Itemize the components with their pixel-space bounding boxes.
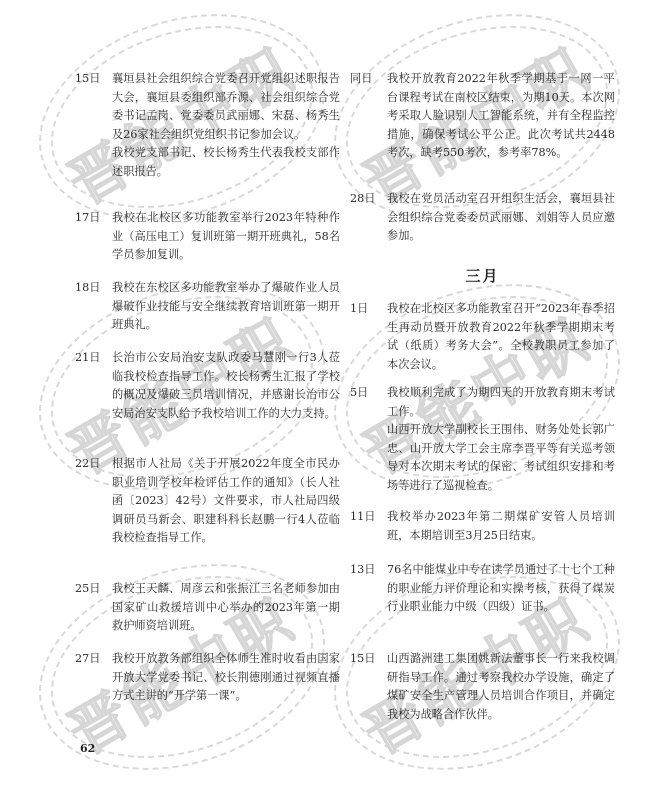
entry-paragraph: 我校顺利完成了为期四天的开放教育期末考试工作。 xyxy=(387,384,615,421)
entry-paragraph: 我校在北校区多功能教室召开“2023年春季招生再动员暨开放教育2022年秋季学期… xyxy=(387,300,615,374)
entry-body: 长治市公安局治安支队政委马慧刚一行3人莅临我校检查指导工作。校长杨秀生汇报了学校… xyxy=(112,349,340,423)
entry-same-day: 同日 我校开放教育2022年秋季学期基于一网一平台课程考试在南校区结束，为期10… xyxy=(350,70,615,163)
entry-body: 我校在党员活动室召开组织生活会，襄垣县社会组织综合党委委员武丽娜、刘娟等人员应邀… xyxy=(387,190,615,246)
entry-paragraph: 我校开放教育2022年秋季学期基于一网一平台课程考试在南校区结束，为期10天。本… xyxy=(387,70,615,163)
entry-body: 我校举办2023年第二期煤矿安管人员培训班，本期培训至3月25日结束。 xyxy=(387,508,615,545)
entry-body: 我校开放教务部组织全体师生准时收看由国家开放大学党委书记、校长荆德刚通过视频直播… xyxy=(112,650,340,706)
entry-body: 我校在北校区多功能教室召开“2023年春季招生再动员暨开放教育2022年秋季学期… xyxy=(387,300,615,374)
entry-day: 17日 xyxy=(75,209,112,265)
entry-day: 22日 xyxy=(75,455,112,548)
entry-day: 5日 xyxy=(350,384,387,496)
entry-21: 21日 长治市公安局治安支队政委马慧刚一行3人莅临我校检查指导工作。校长杨秀生汇… xyxy=(75,349,340,423)
entry-body: 我校开放教育2022年秋季学期基于一网一平台课程考试在南校区结束，为期10天。本… xyxy=(387,70,615,163)
entry-day: 25日 xyxy=(75,580,112,636)
entry-paragraph: 我校在东校区多功能教室举办了爆破作业人员爆破作业技能与安全继续教育培训班第一期开… xyxy=(112,279,340,335)
entry-22: 22日 根据市人社局《关于开展2022年度全市民办职业培训学校年检评估工作的通知… xyxy=(75,455,340,548)
entry-march-15: 15日 山西潞洲建工集团姚新法董事长一行来我校调研指导工作。通过考察我校办学设施… xyxy=(350,650,615,724)
entry-15: 15日 襄垣县社会组织综合党委召开党组织述职报告大会，襄垣县委组织部乔源、社会组… xyxy=(75,70,340,182)
entry-day: 27日 xyxy=(75,650,112,706)
entry-paragraph: 长治市公安局治安支队政委马慧刚一行3人莅临我校检查指导工作。校长杨秀生汇报了学校… xyxy=(112,349,340,423)
entry-paragraph: 襄垣县社会组织综合党委召开党组织述职报告大会，襄垣县委组织部乔源、社会组织综合党… xyxy=(112,70,340,144)
entry-day: 11日 xyxy=(350,508,387,545)
entry-paragraph: 根据市人社局《关于开展2022年度全市民办职业培训学校年检评估工作的通知》（长人… xyxy=(112,455,340,548)
entry-body: 根据市人社局《关于开展2022年度全市民办职业培训学校年检评估工作的通知》（长人… xyxy=(112,455,340,548)
entry-paragraph: 我校在北校区多功能教室举行2023年特种作业（高压电工）复训班第一期开班典礼，5… xyxy=(112,209,340,265)
entry-march-5: 5日 我校顺利完成了为期四天的开放教育期末考试工作。 山西开放大学副校长王围伟、… xyxy=(350,384,615,496)
entry-17: 17日 我校在北校区多功能教室举行2023年特种作业（高压电工）复训班第一期开班… xyxy=(75,209,340,265)
entry-25: 25日 我校王天麟、周彦云和张振江三名老师参加由国家矿山救援培训中心举办的202… xyxy=(75,580,340,636)
entry-paragraph: 我校党支部书记、校长杨秀生代表我校支部作述职报告。 xyxy=(112,144,340,181)
entry-day: 18日 xyxy=(75,279,112,335)
entry-paragraph: 山西开放大学副校长王围伟、财务处处长郭广忠、山开放大学工会主席李晋平等有关巡考领… xyxy=(387,421,615,495)
entry-body: 我校顺利完成了为期四天的开放教育期末考试工作。 山西开放大学副校长王围伟、财务处… xyxy=(387,384,615,496)
entry-body: 我校在东校区多功能教室举办了爆破作业人员爆破作业技能与安全继续教育培训班第一期开… xyxy=(112,279,340,335)
entry-18: 18日 我校在东校区多功能教室举办了爆破作业人员爆破作业技能与安全继续教育培训班… xyxy=(75,279,340,335)
entry-march-11: 11日 我校举办2023年第二期煤矿安管人员培训班，本期培训至3月25日结束。 xyxy=(350,508,615,545)
entry-day: 1日 xyxy=(350,300,387,374)
entry-march-13: 13日 76名中能煤业中专在读学员通过了十七个工种的职业能力评价理论和实操考核，… xyxy=(350,561,615,617)
entry-28: 28日 我校在党员活动室召开组织生活会，襄垣县社会组织综合党委委员武丽娜、刘娟等… xyxy=(350,190,615,246)
entry-day: 13日 xyxy=(350,561,387,617)
entry-body: 我校在北校区多功能教室举行2023年特种作业（高压电工）复训班第一期开班典礼，5… xyxy=(112,209,340,265)
entry-body: 我校王天麟、周彦云和张振江三名老师参加由国家矿山救援培训中心举办的2023年第一… xyxy=(112,580,340,636)
entry-march-1: 1日 我校在北校区多功能教室召开“2023年春季招生再动员暨开放教育2022年秋… xyxy=(350,300,615,374)
entry-body: 76名中能煤业中专在读学员通过了十七个工种的职业能力评价理论和实操考核，获得了煤… xyxy=(387,561,615,617)
entry-body: 襄垣县社会组织综合党委召开党组织述职报告大会，襄垣县委组织部乔源、社会组织综合党… xyxy=(112,70,340,182)
entry-paragraph: 我校举办2023年第二期煤矿安管人员培训班，本期培训至3月25日结束。 xyxy=(387,508,615,545)
entry-paragraph: 我校在党员活动室召开组织生活会，襄垣县社会组织综合党委委员武丽娜、刘娟等人员应邀… xyxy=(387,190,615,246)
entry-day: 同日 xyxy=(350,70,387,163)
month-heading-march: 三月 xyxy=(350,265,615,286)
entry-paragraph: 我校王天麟、周彦云和张振江三名老师参加由国家矿山救援培训中心举办的2023年第一… xyxy=(112,580,340,636)
entry-paragraph: 76名中能煤业中专在读学员通过了十七个工种的职业能力评价理论和实操考核，获得了煤… xyxy=(387,561,615,617)
entry-paragraph: 我校开放教务部组织全体师生准时收看由国家开放大学党委书记、校长荆德刚通过视频直播… xyxy=(112,650,340,706)
entry-27: 27日 我校开放教务部组织全体师生准时收看由国家开放大学党委书记、校长荆德刚通过… xyxy=(75,650,340,706)
page-number: 62 xyxy=(80,742,95,755)
entry-body: 山西潞洲建工集团姚新法董事长一行来我校调研指导工作。通过考察我校办学设施，确定了… xyxy=(387,650,615,724)
entry-day: 21日 xyxy=(75,349,112,423)
entry-day: 15日 xyxy=(350,650,387,724)
entry-paragraph: 山西潞洲建工集团姚新法董事长一行来我校调研指导工作。通过考察我校办学设施，确定了… xyxy=(387,650,615,724)
entry-day: 15日 xyxy=(75,70,112,182)
entry-day: 28日 xyxy=(350,190,387,246)
